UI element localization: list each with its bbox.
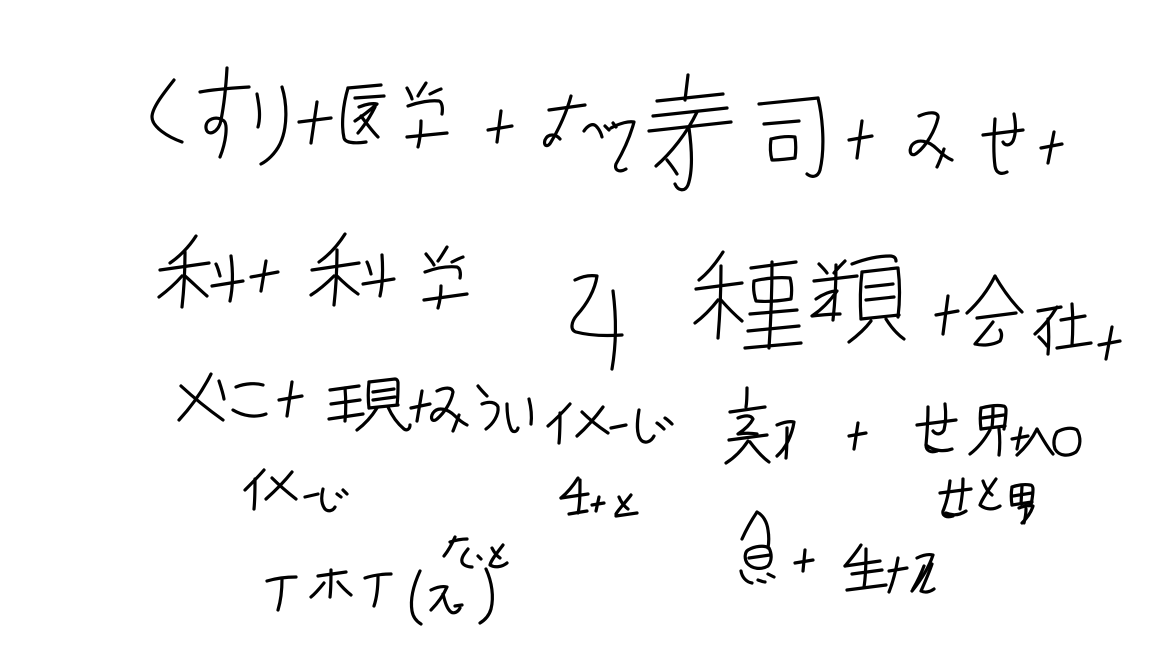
word-ka [159, 236, 243, 307]
word-plus-2 [488, 111, 512, 142]
word-igaku [343, 83, 447, 147]
handwriting-ink-layer [0, 0, 1152, 648]
word-sei-to [561, 478, 637, 516]
word-gen [329, 379, 410, 430]
word-plus-9 [411, 391, 430, 421]
word-seibutsu [845, 545, 934, 592]
word-subete [545, 96, 634, 171]
whiteboard-canvas[interactable] [0, 0, 1152, 648]
word-jitsuryoku [726, 388, 794, 463]
word-kako [179, 374, 266, 420]
word-plus-5 [251, 261, 278, 291]
word-small-note [444, 537, 507, 567]
word-shurui [695, 252, 904, 348]
word-image-center [548, 404, 672, 443]
word-plus-6 [936, 296, 958, 334]
word-plus-10 [849, 423, 866, 449]
word-sekai [917, 404, 1006, 455]
word-sushi [649, 75, 823, 190]
word-image-left [245, 470, 347, 511]
word-kaisha [967, 276, 1091, 354]
word-sakana [741, 512, 774, 583]
word-big-4 [572, 276, 622, 369]
word-plus-4 [1041, 132, 1062, 163]
word-plus-7 [1099, 327, 1120, 359]
word-t-ho-t [267, 569, 492, 624]
word-mise [910, 113, 1023, 174]
word-plus-8 [279, 382, 302, 416]
word-kusuri [152, 68, 286, 164]
word-plus-12 [795, 550, 813, 571]
word-plus-1 [299, 102, 331, 143]
word-mirai [432, 386, 532, 432]
word-kagaku [311, 234, 467, 308]
word-onna-to-otoko [940, 479, 1033, 523]
word-jinko [1017, 428, 1080, 455]
word-plus-3 [849, 121, 872, 158]
